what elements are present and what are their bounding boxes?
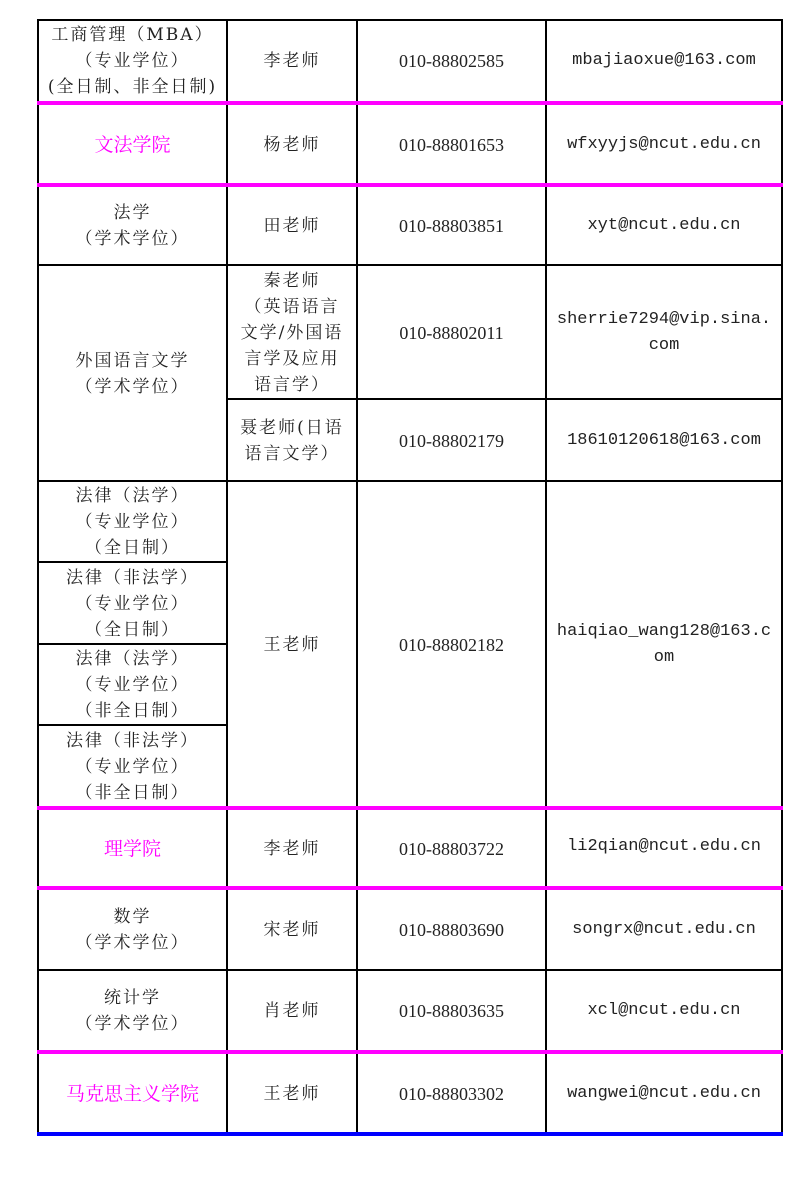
program-cell: 外国语言文学 （学术学位） [38,266,227,481]
email-cell: li2qian@ncut.edu.cn [546,809,782,884]
college-separator [37,806,783,810]
program-cell: 法律（非法学） （专业学位） （全日制） [38,563,227,644]
email-cell: sherrie7294@vip.sina. com [546,266,782,399]
teacher-cell: 田老师 [227,187,357,265]
table-border [37,19,783,21]
teacher-cell: 杨老师 [227,104,357,185]
teacher-cell: 王老师 [227,482,357,807]
college-separator [37,101,783,105]
college-separator [37,183,783,187]
email-cell: haiqiao_wang128@163.c om [546,482,782,807]
teacher-cell: 宋老师 [227,890,357,970]
phone-cell: 010-88803635 [357,971,546,1051]
row-divider [37,643,227,645]
phone-cell: 010-88802182 [357,482,546,807]
program-cell: 数学 （学术学位） [38,890,227,970]
teacher-cell: 秦老师 （英语语言 文学/外国语 言学及应用 语言学） [227,266,357,399]
phone-cell: 010-88802011 [357,266,546,399]
program-cell: 统计学 （学术学位） [38,971,227,1051]
college-name: 文法学院 [38,104,227,185]
row-divider [37,561,227,563]
email-cell: 18610120618@163.com [546,400,782,481]
phone-cell: 010-88802585 [357,20,546,102]
phone-cell: 010-88803690 [357,890,546,970]
teacher-cell: 肖老师 [227,971,357,1051]
phone-cell: 010-88802179 [357,400,546,481]
program-cell: 法律（非法学） （专业学位） （非全日制） [38,726,227,807]
teacher-cell: 王老师 [227,1054,357,1133]
phone-cell: 010-88801653 [357,104,546,185]
row-divider [37,724,227,726]
program-cell: 工商管理（MBA） （专业学位） (全日制、非全日制) [38,20,227,102]
college-separator [37,1050,783,1054]
teacher-cell: 聂老师(日语 语言文学） [227,400,357,481]
row-divider [37,264,783,266]
college-separator [37,886,783,890]
teacher-cell: 李老师 [227,809,357,888]
phone-cell: 010-88803722 [357,809,546,888]
program-cell: 法学 （学术学位） [38,187,227,265]
college-name: 理学院 [38,809,227,888]
email-cell: mbajiaoxue@163.com [546,20,782,102]
college-name: 马克思主义学院 [38,1054,227,1133]
email-cell: songrx@ncut.edu.cn [546,890,782,970]
table-bottom-border [37,1132,783,1136]
row-divider [37,969,783,971]
email-cell: xcl@ncut.edu.cn [546,971,782,1051]
teacher-cell: 李老师 [227,20,357,102]
row-divider [226,398,783,400]
program-cell: 法律（法学） （专业学位） （非全日制） [38,645,227,725]
email-cell: xyt@ncut.edu.cn [546,187,782,265]
phone-cell: 010-88803851 [357,187,546,265]
row-divider [37,480,783,482]
phone-cell: 010-88803302 [357,1054,546,1133]
email-cell: wangwei@ncut.edu.cn [546,1054,782,1133]
program-cell: 法律（法学） （专业学位） （全日制） [38,482,227,562]
email-cell: wfxyyjs@ncut.edu.cn [546,104,782,185]
